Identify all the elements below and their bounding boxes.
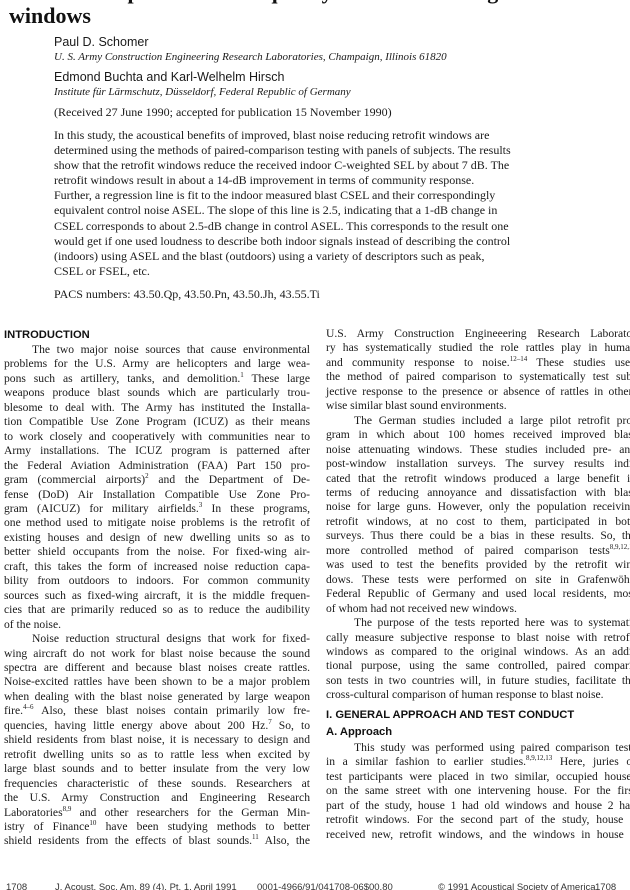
text-line: wing aircraft do not work for blast nois… <box>4 647 310 661</box>
right-column: U.S. Army Construction Engineeering Rese… <box>326 327 630 842</box>
text-line: Army installations. The ICUZ program is … <box>4 444 310 458</box>
journal-citation: J. Acoust. Soc. Am. 89 (4), Pt. 1, April… <box>55 882 237 890</box>
text-line: to work closely and cooperatively with c… <box>4 430 310 444</box>
introduction-body-continued: U.S. Army Construction Engineeering Rese… <box>326 327 630 703</box>
text-line: quencies, having little energy above abo… <box>4 719 310 733</box>
author-affiliation: Institute für Lärmschutz, Düsseldorf, Fe… <box>54 85 351 99</box>
author-affiliation: U. S. Army Construction Engineering Rese… <box>54 50 447 64</box>
citation-superscript: 10 <box>89 819 96 827</box>
text-line: son tests in two countries will, in futu… <box>326 674 630 688</box>
text-line: windows as compared to the original wind… <box>326 645 630 659</box>
text-line: Laboratories8,9 and other researchers fo… <box>4 806 310 820</box>
text-line: shield residents from blast noise, it is… <box>4 733 310 747</box>
text-line: wise similar blast sound environments. <box>326 399 630 413</box>
text-line: pons such as artillery, tanks, and demol… <box>4 372 310 386</box>
text-line: when dealing with the blast noise genera… <box>4 690 310 704</box>
text-line: of whom had not received new windows. <box>326 602 630 616</box>
text-line: dows. These tests were performed on site… <box>326 573 630 587</box>
citation-superscript: 3 <box>199 501 203 509</box>
text-line: sources such as fixed-wing aircraft, it … <box>4 589 310 603</box>
text-line: bility from outdoors to indoors. For com… <box>4 574 310 588</box>
author-block-2: Edmond Buchta and Karl-Welhelm Hirsch In… <box>54 70 351 99</box>
text-line: gram in which about 100 homes received i… <box>326 428 630 442</box>
text-line: The German studies included a large pilo… <box>326 414 630 428</box>
subsection-heading-approach: A. Approach <box>326 724 630 740</box>
text-line: cross-cultural comparison of human respo… <box>326 688 630 702</box>
copyright-notice: © 1991 Acoustical Society of America <box>438 882 596 890</box>
text-line: gram (AICUZ) for military airfields.3 In… <box>4 502 310 516</box>
citation-superscript: 8,9,12,13 <box>526 754 552 762</box>
text-line: fire.4–6 Also, these blast noises contai… <box>4 704 310 718</box>
text-line: spectra are different and because blast … <box>4 661 310 675</box>
author-block-1: Paul D. Schomer U. S. Army Construction … <box>54 35 447 64</box>
text-line: Federal Republic of Germany and used loc… <box>326 587 630 601</box>
text-line: The purpose of the tests reported here w… <box>326 616 630 630</box>
text-line: part of the study, house 1 had old windo… <box>326 799 630 813</box>
citation-superscript: 2 <box>145 472 149 480</box>
text-line: This study was performed using paired co… <box>326 741 630 755</box>
abstract-line: would get if one used loudness to descri… <box>54 234 630 249</box>
page-number-right: 1708 <box>595 882 616 890</box>
text-line: Noise reduction structural designs that … <box>4 632 310 646</box>
abstract: In this study, the acoustical benefits o… <box>54 128 630 279</box>
text-line: and community response to noise.12–14 Th… <box>326 356 630 370</box>
text-line: jective response to the presence or abse… <box>326 385 630 399</box>
title-line-2: windows <box>9 4 630 28</box>
pacs-numbers: PACS numbers: 43.50.Qp, 43.50.Pn, 43.50.… <box>54 287 320 302</box>
citation-superscript: 11 <box>252 834 259 842</box>
text-line: craft, this takes the form of increased … <box>4 560 310 574</box>
text-line: better shield occupants from the noise. … <box>4 545 310 559</box>
text-line: frequencies characteristic of these soun… <box>4 777 310 791</box>
text-line: tional purpose, using the same controlle… <box>326 659 630 673</box>
text-line: one method used to mitigate noise proble… <box>4 516 310 530</box>
text-line: retrofit windows. For the second part of… <box>326 813 630 827</box>
citation-superscript: 8,9 <box>63 805 72 813</box>
paper-title: Effects of improved low-frequency blast-… <box>9 0 630 28</box>
received-dates: (Received 27 June 1990; accepted for pub… <box>54 105 392 120</box>
text-line: of the noise. <box>4 618 310 632</box>
text-line: in a similar fashion to earlier studies.… <box>326 755 630 769</box>
citation-superscript: 7 <box>268 718 272 726</box>
text-line: received new, retrofit windows, and the … <box>326 828 630 842</box>
section-heading-introduction: INTRODUCTION <box>4 327 310 343</box>
text-line: test participants were placed in two sim… <box>326 770 630 784</box>
text-line: cated that the retrofit windows produced… <box>326 472 630 486</box>
text-line: noise attenuating windows. These studies… <box>326 443 630 457</box>
text-line: weapons produce blast sounds which are p… <box>4 386 310 400</box>
text-line: the U.S. Army Construction and Engineeri… <box>4 791 310 805</box>
text-line: U.S. Army Construction Engineeering Rese… <box>326 327 630 341</box>
journal-page: Effects of improved low-frequency blast-… <box>0 0 630 890</box>
abstract-line: determined using the methods of paired-c… <box>54 143 630 158</box>
introduction-body: The two major noise sources that cause e… <box>4 343 310 849</box>
text-line: ry has systematically studied the role r… <box>326 341 630 355</box>
citation-superscript: 12–14 <box>510 355 528 363</box>
text-line: more controlled method of paired compari… <box>326 544 630 558</box>
abstract-line: In this study, the acoustical benefits o… <box>54 128 630 143</box>
text-line: problems for the U.S. Army are helicopte… <box>4 357 310 371</box>
text-line: gram (commercial airports)2 and the Depa… <box>4 473 310 487</box>
text-line: fense (DoD) Air Installation Compatible … <box>4 488 310 502</box>
text-line: large blast sounds and to better insulat… <box>4 762 310 776</box>
text-line: post-window installation surveys. The su… <box>326 457 630 471</box>
text-line: terms of reducing annoyance and dissatis… <box>326 486 630 500</box>
abstract-line: retrofit windows result in about a 14-dB… <box>54 173 630 188</box>
text-line: surveys. Thus there could be a bias in t… <box>326 529 630 543</box>
text-line: retrofit dwelling units so as to rattle … <box>4 748 310 762</box>
text-line: on the same street with one intervening … <box>326 784 630 798</box>
section-heading-general-approach: I. GENERAL APPROACH AND TEST CONDUCT <box>326 707 630 723</box>
text-line: cally measure subjective response to bla… <box>326 631 630 645</box>
left-column: INTRODUCTION The two major noise sources… <box>4 327 310 849</box>
text-line: istry of Finance10 have been studying me… <box>4 820 310 834</box>
text-line: tion Compatible Use Zone Program (ICUZ) … <box>4 415 310 429</box>
text-line: existing houses and design of new dwelli… <box>4 531 310 545</box>
citation-superscript: 8,9,12,13 <box>610 543 630 551</box>
abstract-line: CSEL or FSEL, etc. <box>54 264 630 279</box>
text-line: the Federal Aviation Administration (FAA… <box>4 459 310 473</box>
text-line: the method of paired comparison to syste… <box>326 370 630 384</box>
text-line: Noise-excited rattles have been shown to… <box>4 675 310 689</box>
citation-superscript: 4–6 <box>23 703 34 711</box>
text-line: retrofit windows, at no cost to them, pa… <box>326 515 630 529</box>
abstract-line: show that the retrofit windows reduce th… <box>54 158 630 173</box>
abstract-line: equivalent control noise ASEL. The slope… <box>54 203 630 218</box>
text-line: noise for large guns. However, only the … <box>326 500 630 514</box>
approach-body: This study was performed using paired co… <box>326 741 630 842</box>
text-line: shield residents from the effects of bla… <box>4 834 310 848</box>
abstract-line: Further, a regression line is fit to the… <box>54 188 630 203</box>
citation-superscript: 1 <box>240 371 244 379</box>
issn-code: 0001-4966/91/041708-06$00.80 <box>257 882 393 890</box>
author-name: Paul D. Schomer <box>54 35 447 50</box>
abstract-line: CSEL corresponds to about 2.5-dB change … <box>54 219 630 234</box>
page-number-left: 1708 <box>6 882 27 890</box>
text-line: cies that are primarily reduced so as to… <box>4 603 310 617</box>
text-line: The two major noise sources that cause e… <box>4 343 310 357</box>
text-line: blesome to deal with. The Army has insti… <box>4 401 310 415</box>
text-line: was used to test the benefits provided b… <box>326 558 630 572</box>
author-name: Edmond Buchta and Karl-Welhelm Hirsch <box>54 70 351 85</box>
abstract-line: (indoors) using ASEL and the blast (outd… <box>54 249 630 264</box>
